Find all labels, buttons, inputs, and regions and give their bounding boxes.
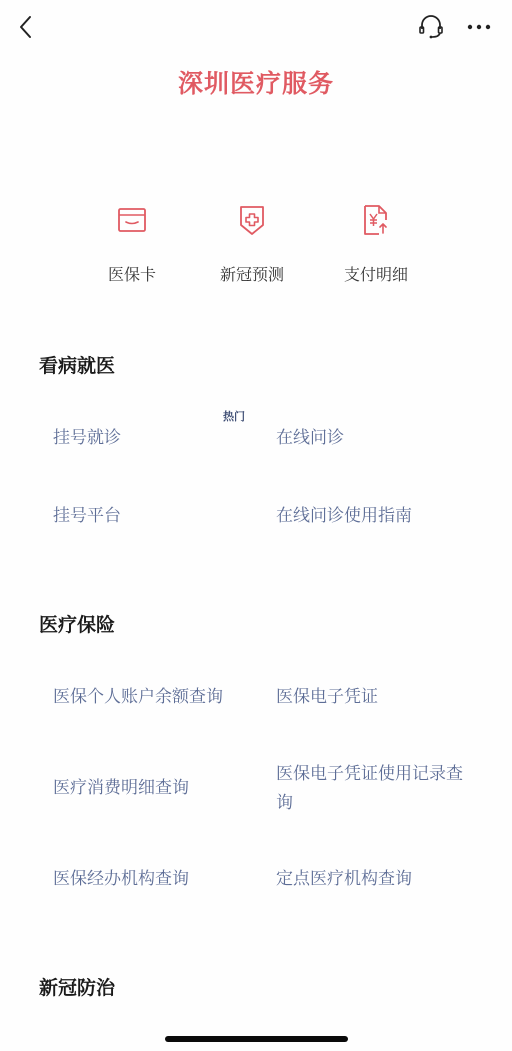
section-title-medical-visit: 看病就医 [39,351,115,378]
quick-action-payment-details[interactable]: 支付明细 [316,200,436,285]
quick-action-covid-prediction[interactable]: 新冠预测 [192,200,312,285]
back-button[interactable] [14,12,40,42]
quick-action-medical-card[interactable]: 医保卡 [72,200,192,285]
section-title-medical-insurance: 医疗保险 [39,610,115,637]
link-e-voucher[interactable]: 医保电子凭证 [276,683,378,712]
card-icon [116,200,148,240]
ellipsis-icon [464,12,494,42]
link-online-consultation-guide[interactable]: 在线问诊使用指南 [276,502,412,531]
section-title-covid-prevention: 新冠防治 [39,973,115,1000]
home-indicator[interactable] [165,1036,348,1042]
quick-action-label: 新冠预测 [192,262,312,285]
customer-service-button[interactable] [416,12,446,42]
link-online-consultation[interactable]: 在线问诊 [276,424,344,453]
top-nav-bar [0,0,512,56]
quick-action-label: 医保卡 [72,262,192,285]
link-designated-institutions[interactable]: 定点医疗机构查询 [276,865,412,894]
more-options-button[interactable] [464,12,494,42]
chevron-left-icon [14,12,40,42]
receipt-yen-icon [360,200,392,240]
link-consumption-details[interactable]: 医疗消费明细查询 [53,774,189,803]
link-e-voucher-usage-records[interactable]: 医保电子凭证使用记录查询 [276,760,466,818]
link-register-visit[interactable]: 挂号就诊 [53,424,121,453]
quick-action-label: 支付明细 [316,262,436,285]
link-registration-platform[interactable]: 挂号平台 [53,502,121,531]
link-account-balance[interactable]: 医保个人账户余额查询 [53,683,223,712]
hot-badge: 热门 [223,408,245,424]
page-title: 深圳医疗服务 [0,64,512,100]
shield-cross-icon [236,200,268,240]
headset-icon [416,12,446,42]
link-agency-lookup[interactable]: 医保经办机构查询 [53,865,189,894]
